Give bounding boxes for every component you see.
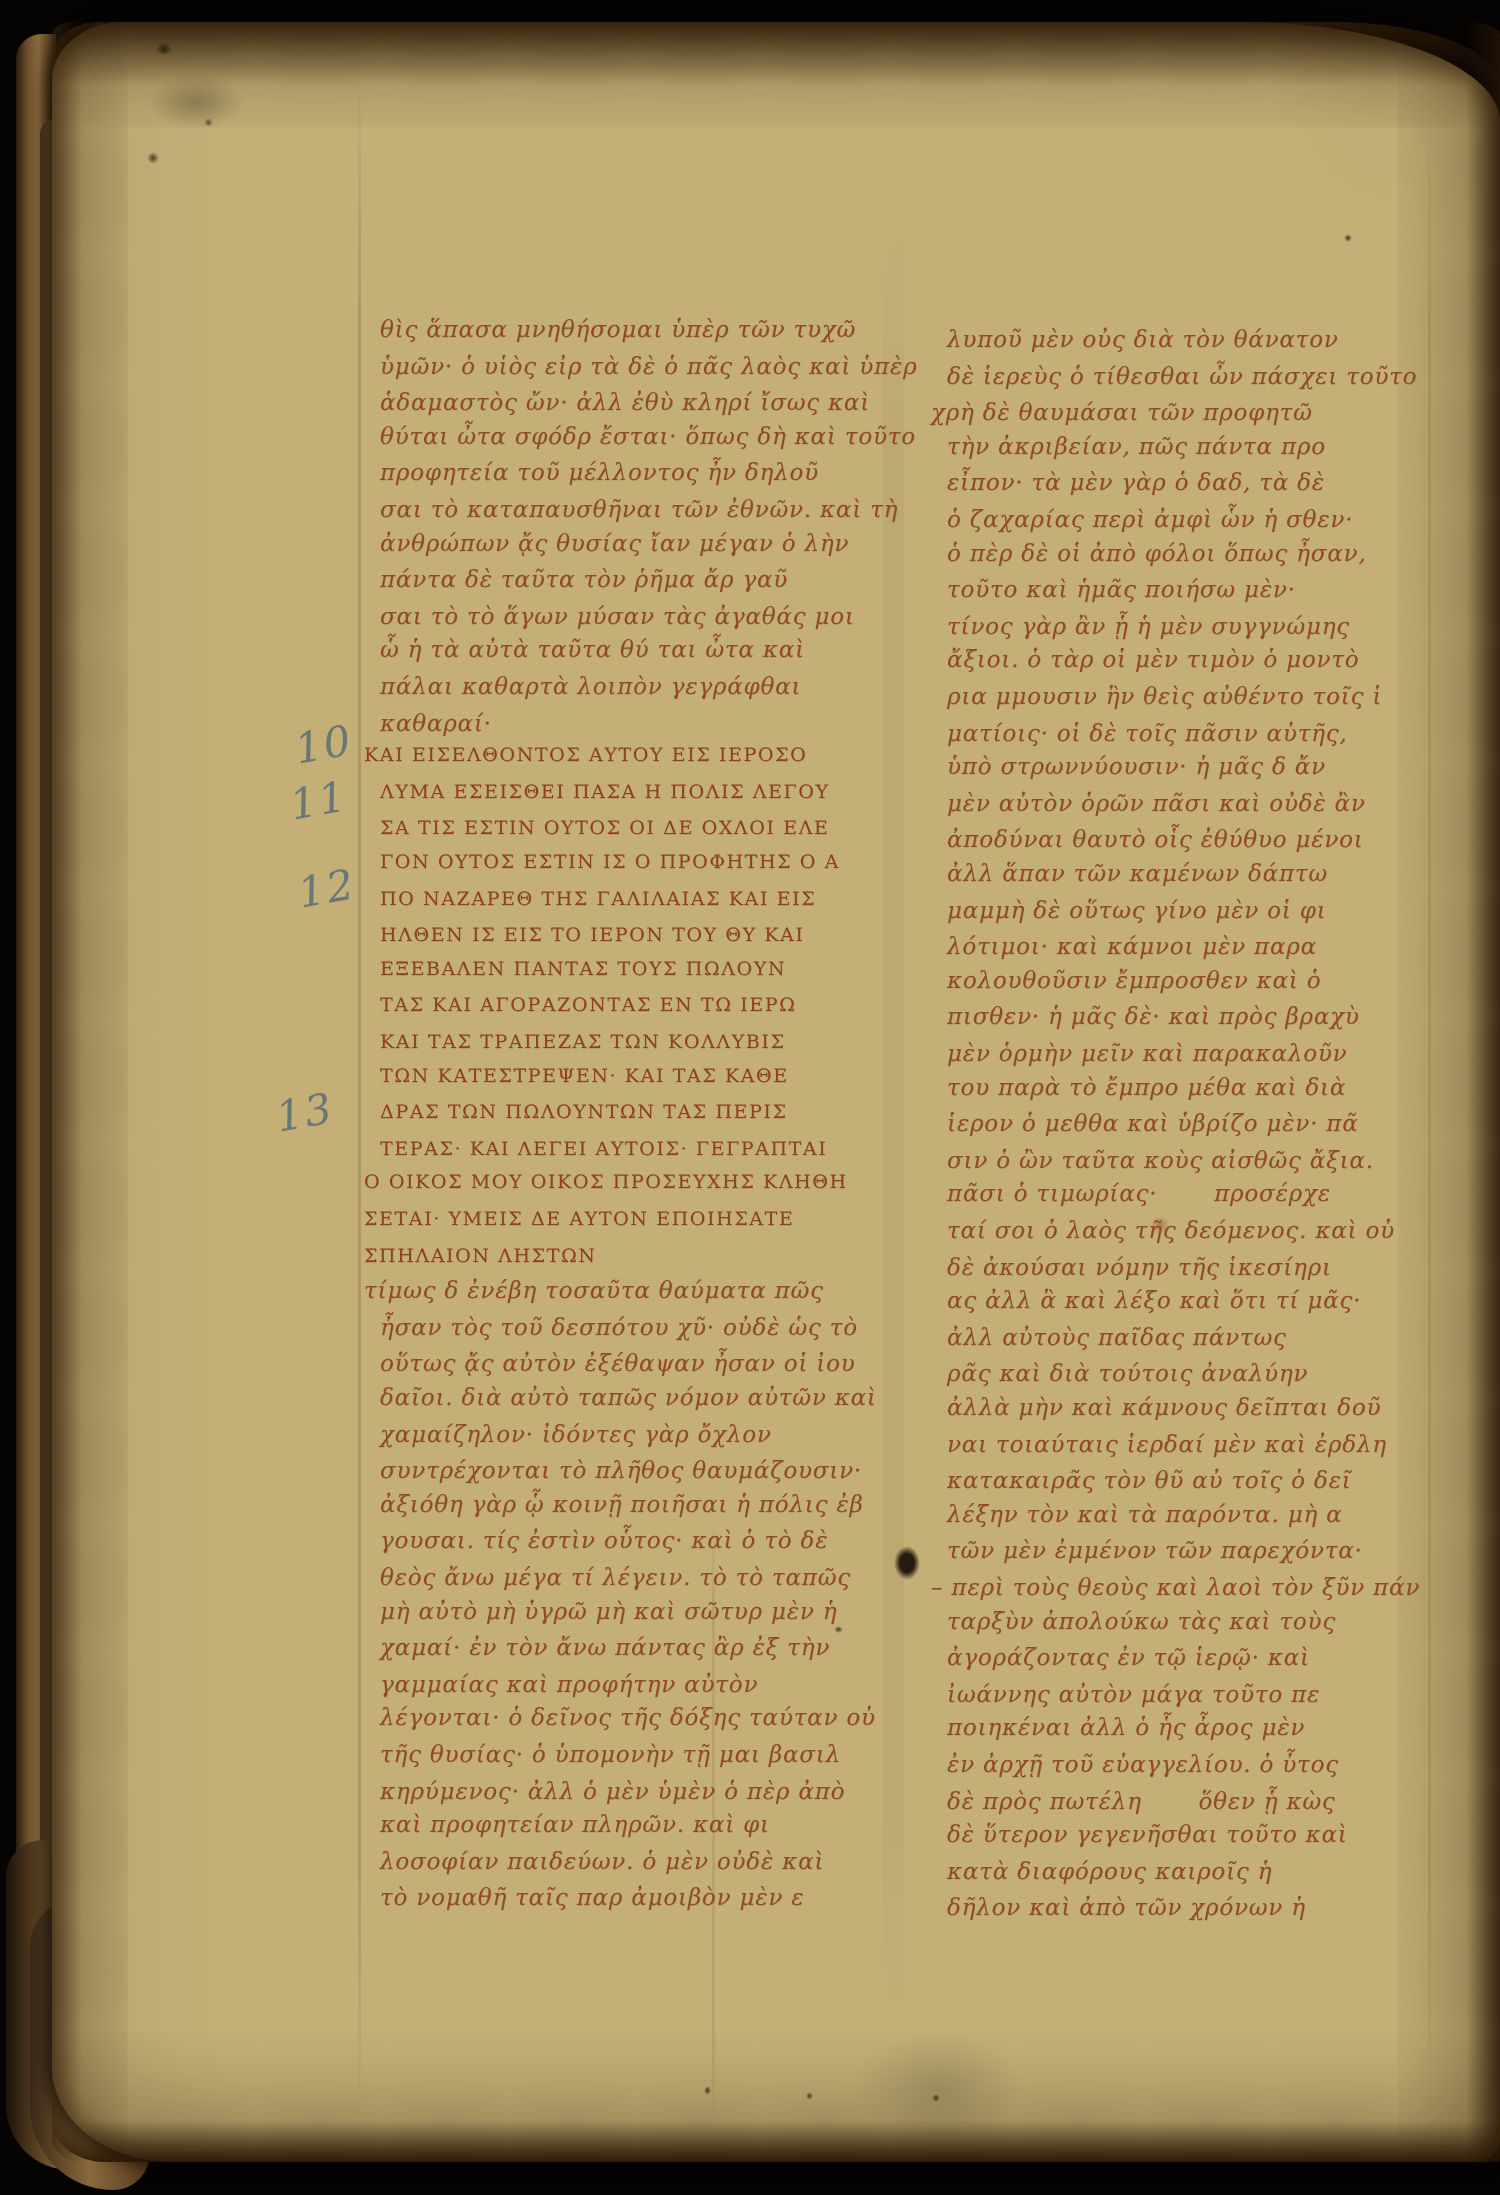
text-line: πάντα δὲ ταῦτα τὸν ῥῆμα ἄρ γαῦ (380, 567, 788, 593)
text-line: ΚΑΙ ΕΙΣΕΛΘΟΝΤΟΣ ΑΥΤΟΥ ΕΙΣ ΙΕΡΟΣΟ (364, 744, 807, 766)
burnt-edge-left (52, 22, 82, 2162)
text-line: τῶν μὲν ἐμμένον τῶν παρεχόντα· (947, 1538, 1363, 1564)
text-line: κηρύμενος· ἀλλ ὁ μὲν ὑμὲν ὁ πὲρ ἀπὸ (380, 1779, 845, 1805)
text-line: ρια μμουσιν ἣν θεὶς αὐθέντο τοῖς ἱ (947, 684, 1382, 710)
text-line: δὲ ὕτερον γεγενῆσθαι τοῦτο καὶ (947, 1822, 1348, 1848)
text-line: ἀνθρώπων ᾄς θυσίας ἴαν μέγαν ὁ λὴν (380, 531, 849, 557)
text-line: ἀλλ ἅπαν τῶν καμένων δάπτω (947, 861, 1328, 887)
text-line: ας ἀλλ ἃ καὶ λέξο καὶ ὅτι τί μᾶς· (947, 1288, 1361, 1314)
text-line: ὑμῶν· ὁ υἱὸς εἰρ τὰ δὲ ὁ πᾶς λαὸς καὶ ὑπ… (380, 354, 917, 380)
text-line: ΤΩΝ ΚΑΤΕΣΤΡΕΨΕΝ· ΚΑΙ ΤΑΣ ΚΑΘΕ (380, 1065, 789, 1087)
text-line: δὲ ἀκούσαι νόμην τῆς ἱκεσίηρι (947, 1255, 1332, 1281)
text-line: μὴ αὐτὸ μὴ ὑγρῶ μὴ καὶ σῶτυρ μὲν ἡ (380, 1599, 837, 1625)
burnt-edge-bottom (52, 2120, 1500, 2162)
text-line: σαι τὸ τὸ ἅγων μύσαν τὰς ἀγαθάς μοι (380, 604, 855, 630)
text-line: οὕτως ᾄς αὐτὸν ἐξέθαψαν ἦσαν οἱ ἰου (380, 1351, 856, 1377)
text-line: πισθεν· ἡ μᾶς δὲ· καὶ πρὸς βραχὺ (947, 1004, 1360, 1030)
text-line: γαμμαίας καὶ προφήτην αὐτὸν (380, 1672, 758, 1698)
text-line: λέξην τὸν καὶ τὰ παρόντα. μὴ α (947, 1502, 1342, 1528)
text-line: ὧ ἡ τὰ αὐτὰ ταῦτα θύ ται ὦτα καὶ (380, 637, 805, 663)
text-line: τὴν ἀκριβείαν, πῶς πάντα προ (947, 434, 1326, 460)
text-line: ἀποδύναι θαυτὸ οἷς ἐθύθυο μένοι (947, 827, 1364, 853)
text-line: τὸ νομαθῆ ταῖς παρ ἀμοιβὸν μὲν ε (380, 1885, 804, 1911)
text-line: τῆς θυσίας· ὁ ὑπομονὴν τῇ μαι βασιλ (380, 1742, 841, 1768)
text-line: καὶ προφητείαν πληρῶν. καὶ φι (380, 1812, 770, 1838)
text-line: ὑπὸ στρωννύουσιν· ἡ μᾶς δ ἄν (947, 754, 1326, 780)
stain (148, 74, 244, 130)
speck (156, 42, 172, 56)
text-line: ματίοις· οἱ δὲ τοῖς πᾶσιν αὐτῆς, (947, 721, 1348, 747)
manuscript-photo: θὶς ἅπασα μνηθήσομαι ὑπὲρ τῶν τυχῶὑμῶν· … (0, 0, 1500, 2195)
text-line: τοῦτο καὶ ἡμᾶς ποιήσω μὲν· (947, 577, 1296, 603)
text-line: δὲ ἱερεὺς ὁ τίθεσθαι ὦν πάσχει τοῦτο (947, 364, 1417, 390)
speck (1344, 234, 1352, 242)
crease-line (358, 62, 361, 2122)
text-line: δὲ πρὸς πωτέλη ὅθεν ᾗ κὼς (947, 1789, 1336, 1815)
text-line: μὲν αὐτὸν ὁρῶν πᾶσι καὶ οὐδὲ ἂν (947, 791, 1366, 817)
text-line: ΤΕΡΑΣ· ΚΑΙ ΛΕΓΕΙ ΑΥΤΟΙΣ· ΓΕΓΡΑΠΤΑΙ (380, 1138, 827, 1160)
text-line: σαι τὸ καταπαυσθῆναι τῶν ἐθνῶν. καὶ τὴ (380, 497, 898, 523)
text-line: ΗΛΘΕΝ ΙΣ ΕΙΣ ΤΟ ΙΕΡΟΝ ΤΟΥ ΘΥ ΚΑΙ (380, 924, 805, 946)
margin-number-12: 12 (294, 859, 359, 917)
text-line: ὁ ζαχαρίας περὶ ἀμφὶ ὧν ἡ σθεν· (947, 507, 1353, 533)
smudge (852, 2032, 1022, 2142)
text-line: του παρὰ τὸ ἔμπρο μέθα καὶ διὰ (947, 1075, 1346, 1101)
text-line: ἀλλ αὐτοὺς παῖδας πάντως (947, 1325, 1287, 1351)
text-line: ΣΕΤΑΙ· ΥΜΕΙΣ ΔΕ ΑΥΤΟΝ ΕΠΟΙΗΣΑΤΕ (364, 1208, 794, 1230)
text-line: πάλαι καθαρτὰ λοιπὸν γεγράφθαι (380, 674, 801, 700)
text-line: λέγονται· ὁ δεῖνος τῆς δόξης ταύταν οὐ (380, 1705, 876, 1731)
text-line: χρὴ δὲ θαυμάσαι τῶν προφητῶ (931, 400, 1313, 426)
text-line: τίνος γὰρ ἂν ᾗ ἡ μὲν συγγνώμης (947, 614, 1350, 640)
speck (932, 2094, 940, 2102)
text-line: χαμαί· ἐν τὸν ἄνω πάντας ἂρ ἐξ τὴν (380, 1635, 830, 1661)
text-line: ΚΑΙ ΤΑΣ ΤΡΑΠΕΖΑΣ ΤΩΝ ΚΟΛΛΥΒΙΣ (380, 1031, 786, 1053)
text-line: θὶς ἅπασα μνηθήσομαι ὑπὲρ τῶν τυχῶ (380, 317, 856, 343)
text-line: εἶπον· τὰ μὲν γὰρ ὁ δαδ, τὰ δὲ (947, 470, 1325, 496)
text-line: ἀγοράζοντας ἐν τῷ ἱερῷ· καὶ (947, 1645, 1310, 1671)
text-line: ΣΑ ΤΙΣ ΕΣΤΙΝ ΟΥΤΟΣ ΟΙ ΔΕ ΟΧΛΟΙ ΕΛΕ (380, 817, 829, 839)
crease-line (1428, 102, 1431, 2122)
text-line: ΔΡΑΣ ΤΩΝ ΠΩΛΟΥΝΤΩΝ ΤΑΣ ΠΕΡΙΣ (380, 1101, 788, 1123)
margin-number-11: 11 (286, 771, 351, 829)
text-line: μὲν ὁρμὴν μεῖν καὶ παρακαλοῦν (947, 1041, 1347, 1067)
text-line: ἱερον ὁ μεθθα καὶ ὑβρίζο μὲν· πᾶ (947, 1111, 1359, 1137)
text-line: ΤΑΣ ΚΑΙ ΑΓΟΡΑΖΟΝΤΑΣ ΕΝ ΤΩ ΙΕΡΩ (380, 994, 797, 1016)
text-line: λοσοφίαν παιδεύων. ὁ μὲν οὐδὲ καὶ (380, 1849, 824, 1875)
text-line: ταί σοι ὁ λαὸς τῆς δεόμενος. καὶ οὐ (947, 1218, 1395, 1244)
speck (704, 2086, 711, 2095)
text-line: ἐν ἀρχῇ τοῦ εὐαγγελίου. ὁ ὗτος (947, 1752, 1339, 1778)
text-line: – περὶ τοὺς θεοὺς καὶ λαοὶ τὸν ξῦν πάν (931, 1575, 1420, 1601)
text-line: πᾶσι ὁ τιμωρίας· προσέρχε (947, 1181, 1331, 1207)
speck (806, 2092, 813, 2100)
text-line: ναι τοιαύταις ἱερδαί μὲν καὶ ἐρδλη (947, 1432, 1387, 1458)
speck (834, 1626, 843, 1633)
speck (204, 118, 213, 127)
text-line: ΕΞΕΒΑΛΕΝ ΠΑΝΤΑΣ ΤΟΥΣ ΠΩΛΟΥΝ (380, 958, 786, 980)
text-line: κατακαιρᾶς τὸν θῦ αὐ τοῖς ὁ δεῖ (947, 1468, 1352, 1494)
text-line: θεὸς ἄνω μέγα τί λέγειν. τὸ τὸ ταπῶς (380, 1565, 851, 1591)
gutter-shadow (882, 222, 904, 2022)
text-line: ΛΥΜΑ ΕΣΕΙΣΘΕΙ ΠΑΣΑ Η ΠΟΛΙΣ ΛΕΓΟΥ (380, 781, 830, 803)
text-line: χαμαίζηλον· ἰδόντες γὰρ ὄχλον (380, 1422, 772, 1448)
text-line: κολουθοῦσιν ἔμπροσθεν καὶ ὁ (947, 968, 1321, 994)
text-line: λότιμοι· καὶ κάμνοι μὲν παρα (947, 934, 1317, 960)
text-line: σιν ὁ ὢν ταῦτα κοὺς αἰσθῶς ἄξια. (947, 1148, 1374, 1174)
text-line: ἁδαμαστὸς ὤν· ἀλλ ἐθὺ κληρί ἴσως καὶ (380, 390, 870, 416)
text-line: συντρέχονται τὸ πλῆθος θαυμάζουσιν· (380, 1458, 862, 1484)
text-line: ἄξιοι. ὁ τὰρ οἱ μὲν τιμὸν ὁ μοντὸ (947, 647, 1359, 673)
text-line: προφητεία τοῦ μέλλοντος ἦν δηλοῦ (380, 460, 819, 486)
text-line: μαμμὴ δὲ οὕτως γίνο μὲν οἱ φι (947, 898, 1326, 924)
text-line: θύται ὦτα σφόδρ ἔσται· ὅπως δὴ καὶ τοῦτο (380, 424, 916, 450)
text-line: καθαραί· (380, 711, 492, 737)
speck (147, 152, 159, 164)
text-line: Ο ΟΙΚΟΣ ΜΟΥ ΟΙΚΟΣ ΠΡΟΣΕΥΧΗΣ ΚΛΗΘΗ (364, 1171, 848, 1193)
text-line: λυποῦ μὲν οὐς διὰ τὸν θάνατον (947, 327, 1339, 353)
burnt-edge-right (1466, 22, 1500, 2162)
text-line: ἀλλὰ μὴν καὶ κάμνους δεῖπται δοῦ (947, 1395, 1381, 1421)
text-line: ΠΟ ΝΑΖΑΡΕΘ ΤΗΣ ΓΑΛΙΛΑΙΑΣ ΚΑΙ ΕΙΣ (380, 888, 816, 910)
text-line: ἦσαν τὸς τοῦ δεσπότου χῦ· οὐδὲ ὡς τὸ (380, 1315, 858, 1341)
text-line: ΓΟΝ ΟΥΤΟΣ ΕΣΤΙΝ ΙΣ Ο ΠΡΟΦΗΤΗΣ Ο Α (380, 851, 840, 873)
text-line: ταρξὺν ἀπολούκω τὰς καὶ τοὺς (947, 1609, 1336, 1635)
text-line: τίμως δ ἐνέβη τοσαῦτα θαύματα πῶς (364, 1278, 824, 1304)
text-line: δῆλον καὶ ἀπὸ τῶν χρόνων ἡ (947, 1895, 1306, 1921)
text-line: ΣΠΗΛΑΙΟΝ ΛΗΣΤΩΝ (364, 1245, 597, 1267)
text-line: ὁ πὲρ δὲ οἱ ἀπὸ φόλοι ὅπως ἦσαν, (947, 541, 1366, 567)
text-line: ἰωάννης αὐτὸν μάγα τοῦτο πε (947, 1682, 1320, 1708)
text-line: κατὰ διαφόρους καιροῖς ἡ (947, 1859, 1272, 1885)
text-line: ποιηκέναι ἀλλ ὁ ἧς ἆρος μὲν (947, 1715, 1305, 1741)
text-line: ἀξιόθη γὰρ ᾧ κοινῇ ποιῆσαι ἡ πόλις ἐβ (380, 1492, 864, 1518)
text-line: δαῖοι. διὰ αὐτὸ ταπῶς νόμον αὐτῶν καὶ (380, 1385, 877, 1411)
margin-number-10: 10 (291, 715, 356, 773)
ink-blot (894, 1546, 920, 1580)
text-line: ρᾶς καὶ διὰ τούτοις ἀναλύην (947, 1361, 1308, 1387)
burnt-edge-top (52, 22, 1500, 86)
parchment-page: θὶς ἅπασα μνηθήσομαι ὑπὲρ τῶν τυχῶὑμῶν· … (52, 22, 1500, 2162)
text-line: γουσαι. τίς ἐστὶν οὗτος· καὶ ὁ τὸ δὲ (380, 1528, 828, 1554)
margin-number-13: 13 (272, 1083, 337, 1141)
